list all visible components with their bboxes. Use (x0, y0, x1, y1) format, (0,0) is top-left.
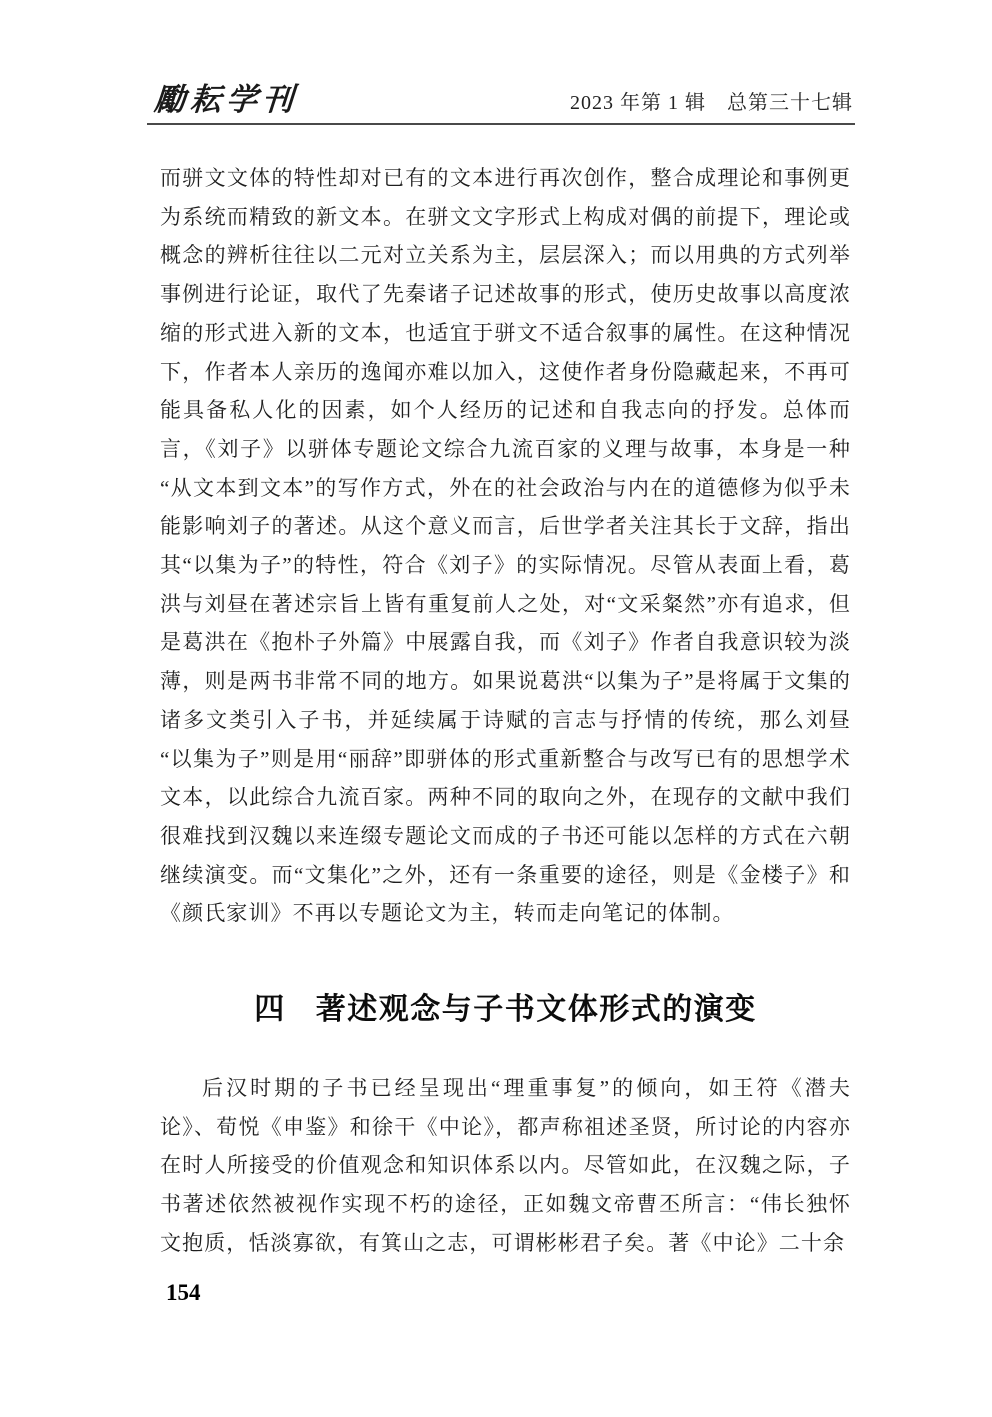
section-heading: 四著述观念与子书文体形式的演变 (160, 990, 851, 1030)
body-paragraph-continuation: 而骈文文体的特性却对已有的文本进行再次创作，整合成理论和事例更为系统而精致的新文… (160, 159, 851, 933)
section-number: 四 (254, 993, 286, 1026)
body-paragraph-second: 后汉时期的子书已经呈现出“理重事复”的倾向，如王符《潜夫论》、荀悦《申鉴》和徐干… (160, 1069, 851, 1263)
journal-logo: 勵耘学刊 (153, 82, 300, 118)
issue-info: 2023 年第 1 辑 总第三十七辑 (570, 90, 853, 118)
page-header: 勵耘学刊 2023 年第 1 辑 总第三十七辑 (153, 82, 853, 118)
header-rule (147, 123, 855, 125)
page-number: 154 (166, 1279, 201, 1307)
section-title: 著述观念与子书文体形式的演变 (316, 993, 757, 1026)
journal-page: 勵耘学刊 2023 年第 1 辑 总第三十七辑 而骈文文体的特性却对已有的文本进… (0, 0, 992, 1417)
